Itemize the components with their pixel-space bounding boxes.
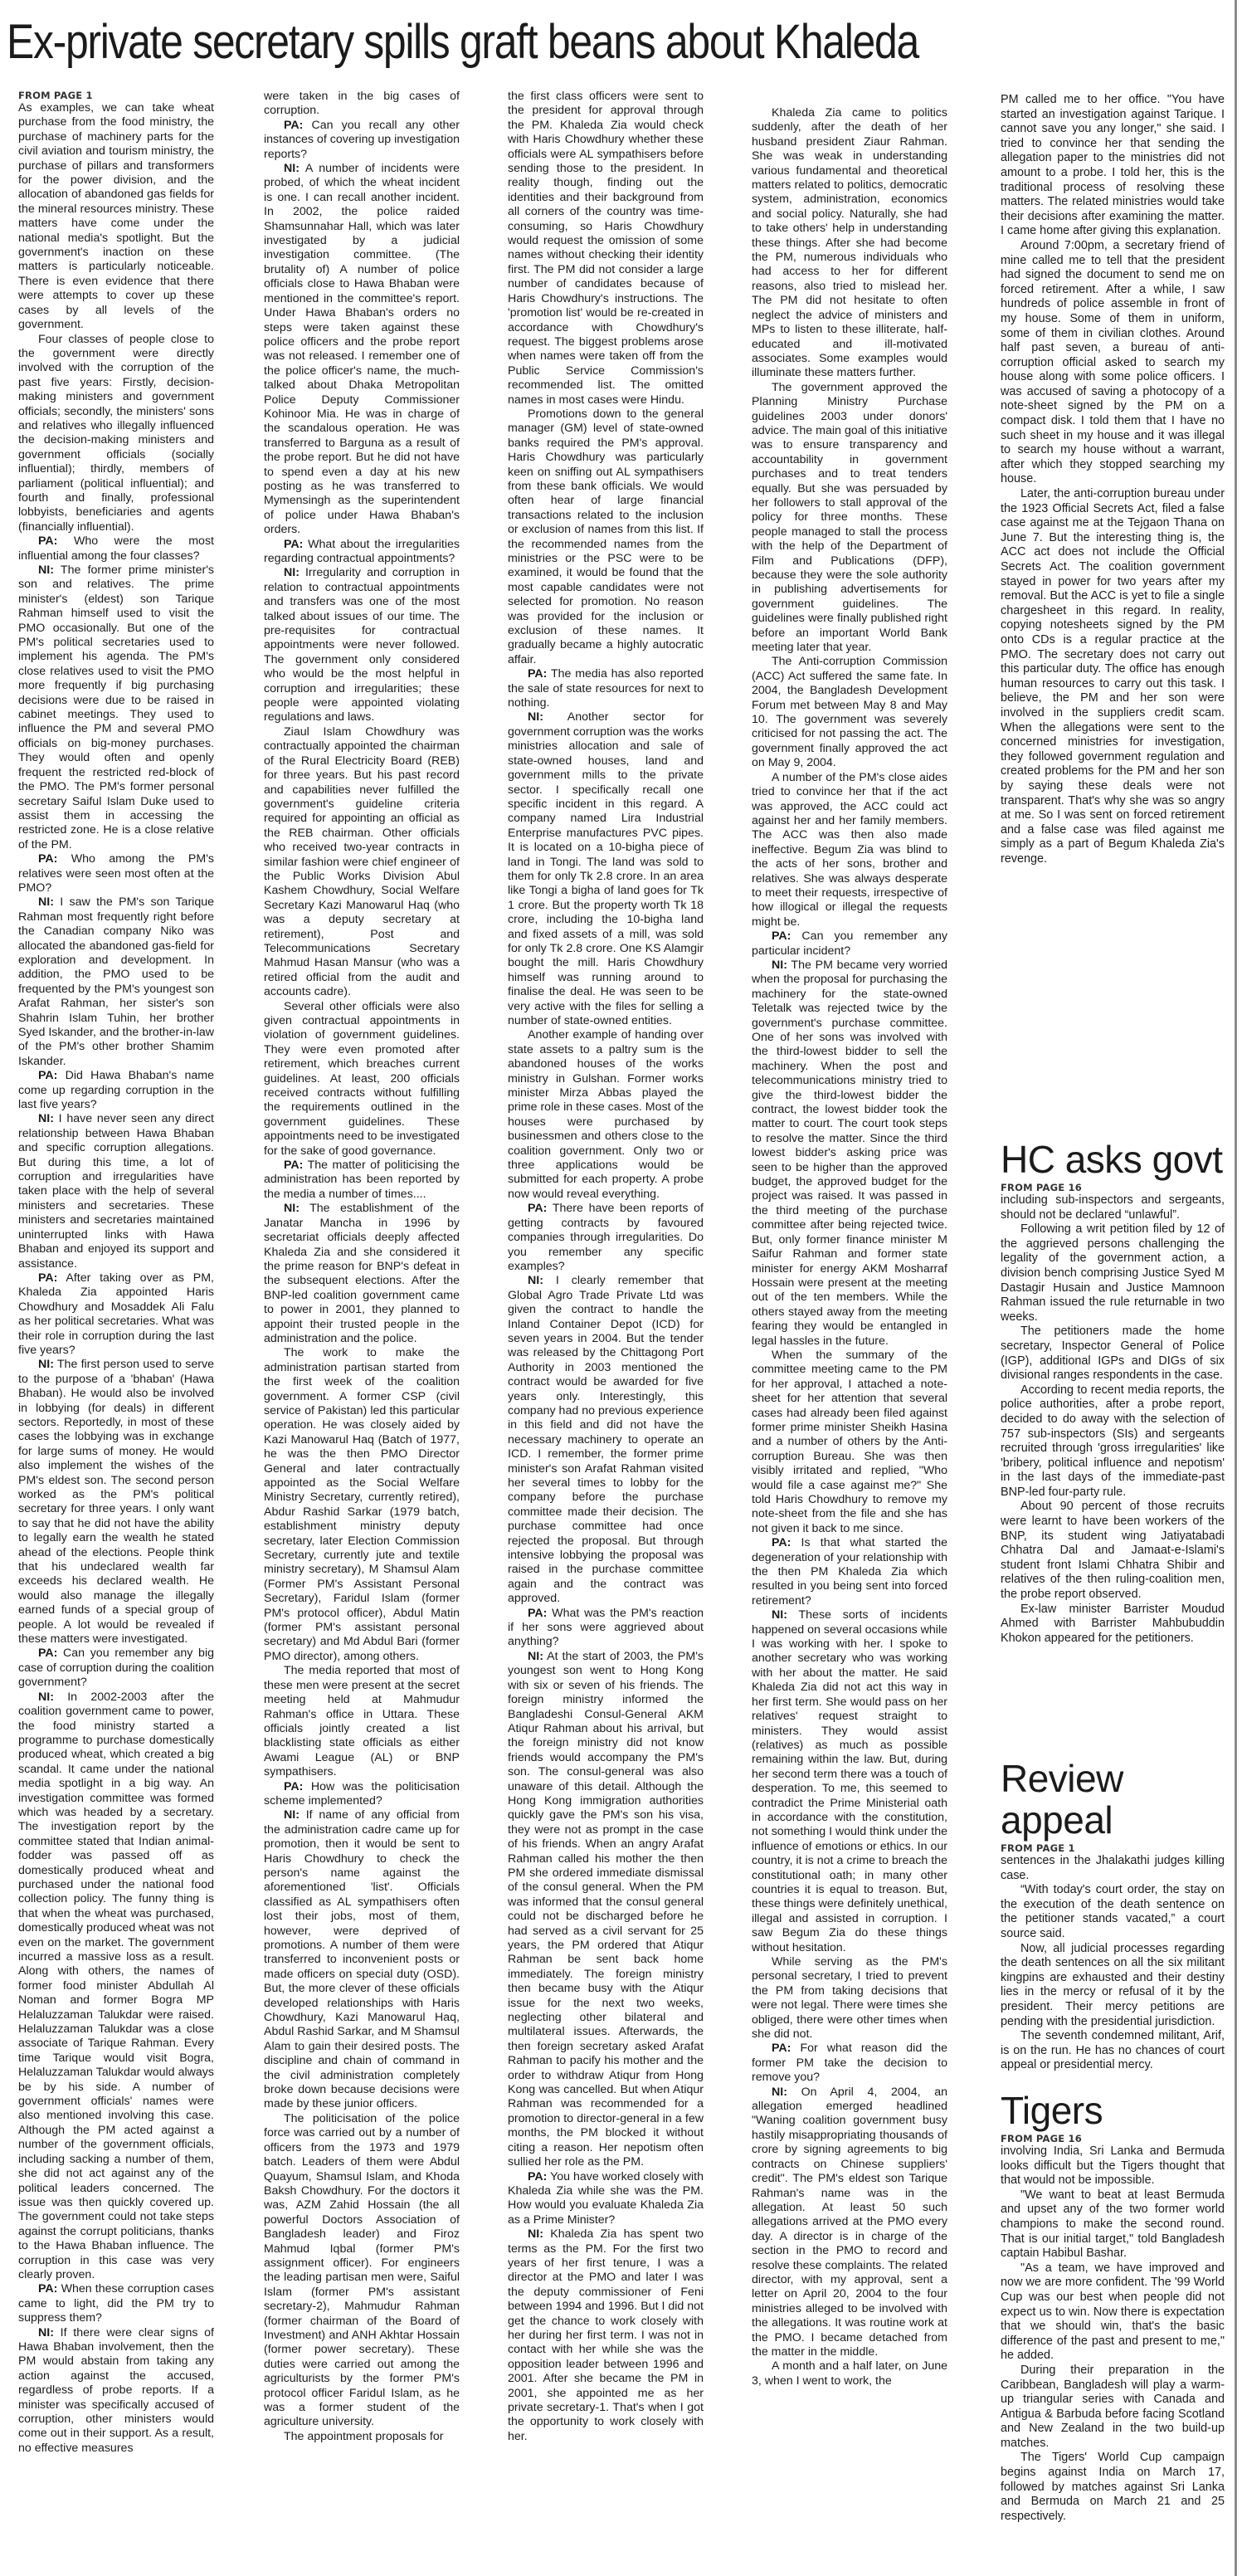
article-paragraph: Later, the anti-corruption bureau under …: [1001, 487, 1225, 866]
interview-paragraph: PA: For what reason did the former PM ta…: [752, 2042, 947, 2085]
interview-paragraph: NI: At the start of 2003, the PM's young…: [508, 1650, 704, 2170]
speaker-label: NI:: [38, 2326, 54, 2339]
article-paragraph: A month and a half later, on June 3, whe…: [752, 2359, 947, 2388]
article-paragraph: The politicisation of the police force w…: [264, 2112, 460, 2430]
speaker-label: PA:: [284, 538, 303, 551]
article-paragraph: the first class officers were sent to th…: [508, 90, 704, 407]
article-column-2: were taken in the big cases of corruptio…: [264, 90, 460, 2444]
story-paragraph: Now, all judicial processes regarding th…: [1001, 1942, 1225, 2030]
column-rule: [1235, 0, 1237, 2576]
speaker-label: PA:: [772, 1536, 791, 1549]
speaker-label: NI:: [528, 1274, 543, 1287]
article-paragraph: The government approved the Planning Min…: [752, 381, 947, 656]
article-column-5: PM called me to her office. "You have st…: [1001, 93, 1225, 866]
speaker-label: NI:: [772, 959, 787, 972]
headline: Ex-private secretary spills graft beans …: [7, 17, 1055, 68]
interview-paragraph: NI: The establishment of the Janatar Man…: [264, 1202, 460, 1346]
story-paragraph: About 90 percent of those recruits were …: [1001, 1500, 1225, 1602]
speaker-label: PA:: [528, 667, 547, 681]
interview-paragraph: PA: Is that what started the degeneratio…: [752, 1536, 947, 1608]
article-paragraph: While serving as the PM's personal secre…: [752, 1955, 947, 2042]
story-headline: HC asks govt: [1001, 1139, 1225, 1180]
speaker-label: NI:: [38, 1112, 54, 1125]
interview-paragraph: PA: Can you remember any big case of cor…: [18, 1647, 214, 1690]
speaker-label: NI:: [528, 1650, 543, 1663]
speaker-label: PA:: [772, 2042, 791, 2055]
article-paragraph: When the summary of the committee meetin…: [752, 1349, 947, 1536]
story-paragraph: The Tigers' World Cup campaign begins ag…: [1001, 2451, 1225, 2524]
interview-paragraph: NI: Khaleda Zia has spent two terms as t…: [508, 2227, 704, 2444]
interview-paragraph: NI: I have never seen any direct relatio…: [18, 1112, 214, 1271]
story-paragraph: "We want to beat at least Bermuda and up…: [1001, 2188, 1225, 2261]
interview-paragraph: PA: Did Hawa Bhaban's name come up regar…: [18, 1069, 214, 1112]
story-paragraph: Ex-law minister Barrister Moudud Ahmed w…: [1001, 1603, 1225, 1647]
speaker-label: PA:: [284, 1159, 303, 1172]
story-paragraph: During their preparation in the Caribbea…: [1001, 2364, 1225, 2452]
story-paragraph: including sub-inspectors and sergeants, …: [1001, 1193, 1225, 1222]
speaker-label: PA:: [38, 1271, 57, 1285]
article-paragraph: Another example of handing over state as…: [508, 1028, 704, 1202]
article-column-3: the first class officers were sent to th…: [508, 90, 704, 2444]
interview-paragraph: NI: Another sector for government corrup…: [508, 710, 704, 1028]
speaker-label: PA:: [284, 119, 303, 132]
story-paragraph: “With today's court order, the stay on t…: [1001, 1883, 1225, 1941]
article-paragraph: Four classes of people close to the gove…: [18, 333, 214, 535]
continued-from-label: FROM PAGE 16: [1001, 2133, 1225, 2144]
interview-paragraph: PA: When these corruption cases came to …: [18, 2282, 214, 2325]
interview-paragraph: NI: The first person used to serve to th…: [18, 1358, 214, 1647]
speaker-label: NI:: [38, 1358, 54, 1371]
speaker-label: PA:: [38, 534, 57, 548]
interview-paragraph: PA: Can you remember any particular inci…: [752, 929, 947, 959]
story-headline: Review appeal: [1001, 1758, 1225, 1841]
article-paragraph: PM called me to her office. "You have st…: [1001, 93, 1225, 239]
article-paragraph: Around 7:00pm, a secretary friend of min…: [1001, 239, 1225, 487]
article-paragraph: Several other officials were also given …: [264, 1000, 460, 1159]
interview-paragraph: PA: After taking over as PM, Khaleda Zia…: [18, 1271, 214, 1358]
interview-paragraph: NI: The former prime minister's son and …: [18, 563, 214, 852]
speaker-label: PA:: [528, 1607, 547, 1620]
speaker-label: NI:: [38, 563, 54, 577]
speaker-label: PA:: [528, 2170, 547, 2183]
speaker-label: PA:: [38, 852, 57, 866]
story-paragraph: The seventh condemned militant, Arif, is…: [1001, 2029, 1225, 2073]
continued-from-label: FROM PAGE 1: [1001, 1842, 1225, 1854]
story-tigers: Tigers FROM PAGE 16 involving India, Sri…: [1001, 2090, 1225, 2524]
article-paragraph: Promotions down to the general manager (…: [508, 407, 704, 667]
speaker-label: NI:: [38, 895, 54, 909]
interview-paragraph: PA: Who among the PM's relatives were se…: [18, 852, 214, 895]
interview-paragraph: NI: The PM became very worried when the …: [752, 959, 947, 1349]
article-paragraph: The appointment proposals for: [264, 2430, 460, 2444]
interview-paragraph: PA: Who were the most influential among …: [18, 534, 214, 563]
story-paragraph: Following a writ petition filed by 12 of…: [1001, 1222, 1225, 1325]
interview-paragraph: NI: A number of incidents were probed, o…: [264, 162, 460, 538]
interview-paragraph: NI: Irregularity and corruption in relat…: [264, 566, 460, 724]
interview-paragraph: NI: These sorts of incidents happened on…: [752, 1608, 947, 1955]
speaker-label: NI:: [284, 1202, 300, 1215]
article-paragraph: As examples, we can take wheat purchase …: [18, 101, 214, 333]
story-headline: Tigers: [1001, 2090, 1225, 2131]
speaker-label: PA:: [284, 1780, 303, 1793]
speaker-label: NI:: [284, 1808, 300, 1822]
speaker-label: PA:: [38, 1647, 57, 1660]
speaker-label: PA:: [38, 2282, 57, 2295]
interview-paragraph: NI: If there were clear signs of Hawa Bh…: [18, 2326, 214, 2456]
story-hc-asks-govt: HC asks govt FROM PAGE 16 including sub-…: [1001, 1139, 1225, 1646]
interview-paragraph: PA: The media has also reported the sale…: [508, 667, 704, 710]
story-paragraph: The petitioners made the home secretary,…: [1001, 1325, 1225, 1383]
interview-paragraph: PA: Can you recall any other instances o…: [264, 119, 460, 162]
story-paragraph: "As a team, we have improved and now we …: [1001, 2261, 1225, 2364]
story-body: involving India, Sri Lanka and Bermuda l…: [1001, 2144, 1225, 2524]
article-paragraph: Khaleda Zia came to politics suddenly, a…: [752, 106, 947, 381]
article-column-1: FROM PAGE 1 As examples, we can take whe…: [18, 90, 214, 2456]
interview-paragraph: PA: What about the irregularities regard…: [264, 538, 460, 567]
interview-paragraph: PA: You have worked closely with Khaleda…: [508, 2170, 704, 2228]
interview-paragraph: PA: How was the politicisation scheme im…: [264, 1780, 460, 1809]
article-paragraph: The work to make the administration part…: [264, 1346, 460, 1664]
speaker-label: NI:: [772, 2086, 787, 2099]
interview-paragraph: PA: There have been reports of getting c…: [508, 1202, 704, 1274]
speaker-label: NI:: [528, 710, 543, 724]
speaker-label: NI:: [772, 1608, 787, 1622]
article-paragraph: A number of the PM's close aides tried t…: [752, 771, 947, 929]
interview-paragraph: PA: What was the PM's reaction if her so…: [508, 1607, 704, 1650]
continued-from-label: FROM PAGE 16: [1001, 1182, 1225, 1193]
article-paragraph: Ziaul Islam Chowdhury was contractually …: [264, 725, 460, 1000]
interview-paragraph: NI: I clearly remember that Global Agro …: [508, 1274, 704, 1606]
speaker-label: PA:: [772, 929, 791, 943]
story-paragraph: According to recent media reports, the p…: [1001, 1383, 1225, 1500]
interview-paragraph: PA: The matter of politicising the admin…: [264, 1159, 460, 1202]
interview-paragraph: NI: If name of any official from the adm…: [264, 1808, 460, 2112]
story-paragraph: sentences in the Jhalakathi judges killi…: [1001, 1854, 1225, 1883]
interview-paragraph: NI: On April 4, 2004, an allegation emer…: [752, 2086, 947, 2360]
speaker-label: NI:: [284, 162, 300, 175]
speaker-label: NI:: [38, 1690, 54, 1704]
story-review-appeal: Review appeal FROM PAGE 1 sentences in t…: [1001, 1758, 1225, 2073]
interview-paragraph: NI: I saw the PM's son Tarique Rahman mo…: [18, 895, 214, 1069]
story-paragraph: involving India, Sri Lanka and Bermuda l…: [1001, 2144, 1225, 2188]
speaker-label: PA:: [528, 1202, 547, 1215]
speaker-label: NI:: [528, 2227, 543, 2241]
story-body: including sub-inspectors and sergeants, …: [1001, 1193, 1225, 1646]
story-body: sentences in the Jhalakathi judges killi…: [1001, 1854, 1225, 2073]
article-paragraph: were taken in the big cases of corruptio…: [264, 90, 460, 119]
speaker-label: PA:: [38, 1069, 57, 1082]
interview-paragraph: NI: In 2002-2003 after the coalition gov…: [18, 1690, 214, 2283]
continued-from-label: FROM PAGE 1: [18, 90, 214, 101]
article-paragraph: The media reported that most of these me…: [264, 1664, 460, 1779]
speaker-label: NI:: [284, 566, 300, 579]
article-column-4: Khaleda Zia came to politics suddenly, a…: [752, 106, 947, 2388]
article-paragraph: The Anti-corruption Commission (ACC) Act…: [752, 655, 947, 770]
